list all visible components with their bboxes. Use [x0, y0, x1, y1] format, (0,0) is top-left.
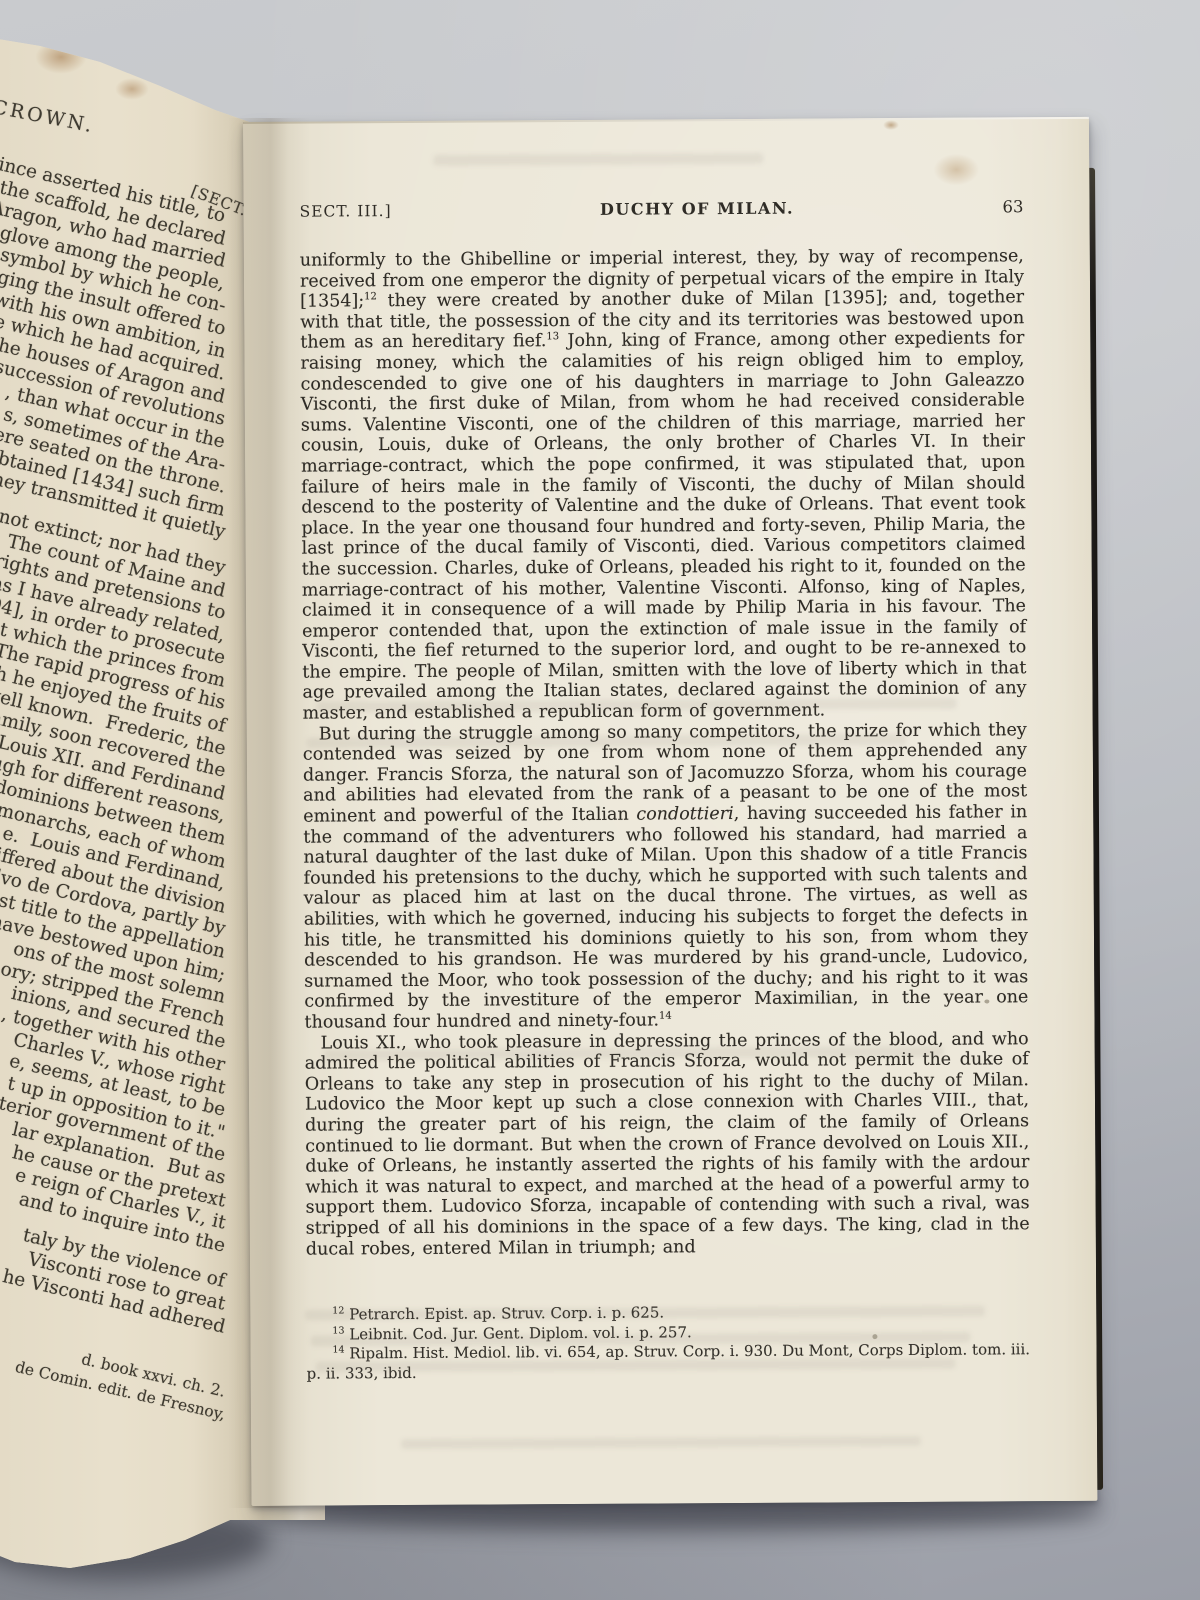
left-running-head: CROWN. [0, 96, 97, 137]
footnote-text: Ripalm. Hist. Mediol. lib. vi. 654, ap. … [307, 1340, 1030, 1382]
paragraph-3: Louis XI., who took pleasure in depressi… [305, 1029, 1030, 1260]
left-page-line: e. Louis and Ferdinand, [0, 874, 225, 897]
footnote-number: 14 [332, 1344, 344, 1355]
left-page-line: he symbol by which he con- [0, 296, 225, 319]
left-page-line: terior government of the [0, 1145, 225, 1168]
left-page-line: with his own ambition, in [0, 342, 225, 365]
page-header: SECT. III.] DUCHY OF MILAN. 63 [299, 197, 1023, 220]
left-page-line: ere seated on the throne. [0, 477, 225, 500]
left-page-line: he cause or the pretext [0, 1191, 225, 1214]
left-page-line: rince asserted his title, to [0, 206, 225, 229]
left-page-line: itle which he had acquired. [0, 364, 225, 387]
left-page-line: is glove among the people, [0, 274, 225, 297]
left-page-line: at which the princes from [0, 671, 225, 694]
left-page-line: differed about the division [0, 897, 225, 920]
book-photo: CROWN. [SECT. III rince asserted his tit… [0, 0, 1200, 1600]
left-page-line: e, seems, at least, to be [0, 1100, 225, 1123]
foxing-stain [883, 120, 899, 130]
left-page-line: s, sometimes of the Ara- [0, 455, 225, 478]
left-page-line: , than what occur in the [0, 432, 225, 455]
footnote-text: Petrarch. Epist. ap. Struv. Corp. i. p. … [349, 1304, 664, 1324]
footnote-14: 14 Ripalm. Hist. Mediol. lib. vi. 654, a… [306, 1340, 1030, 1383]
left-page-line: e reign of Charles V., it [0, 1213, 225, 1236]
left-page-line: lvo de Cordova, partly by [0, 919, 225, 942]
paragraph-text: Louis XI., who took pleasure in depressi… [305, 1029, 1030, 1259]
left-page-line: ons of the most solemn [0, 987, 225, 1010]
left-page-line: as I have already related, [0, 626, 225, 649]
left-page-line: Aragon, who had married [0, 251, 225, 274]
footnote-ref-13: 13 [546, 332, 559, 343]
bleedthrough-smudge [433, 153, 763, 166]
left-page-line: Charles V., whose right [0, 1078, 225, 1101]
left-page-line: , together with his other [0, 1055, 225, 1078]
left-page-line: he Visconti had adhered [0, 1317, 225, 1340]
right-page: SECT. III.] DUCHY OF MILAN. 63 uniformly… [243, 117, 1097, 1506]
left-page-line: vell known. Frederic, the [0, 739, 225, 762]
left-page-line: The count of Maine and [0, 581, 225, 604]
left-page-line: the houses of Aragon and [0, 387, 225, 410]
footnote-number: 13 [332, 1325, 344, 1336]
paragraph-text: John, king of France, among other expedi… [300, 329, 1026, 724]
foxing-stain [115, 78, 149, 100]
left-page-line: On the scaffold, he declared [0, 229, 225, 252]
footnote-ref-14: 14 [659, 1011, 672, 1022]
italic-term: condottieri [636, 804, 733, 825]
left-page-line: d. book xxvi. ch. 2. [0, 1383, 225, 1406]
left-page-text: rince asserted his title, toOn the scaff… [0, 206, 225, 1428]
foxing-stain [0, 200, 6, 214]
bleedthrough-smudge [401, 1436, 921, 1449]
left-page-line: ough for different reasons, [0, 806, 225, 829]
footnotes: 12 Petrarch. Epist. ap. Struv. Corp. i. … [306, 1301, 1030, 1383]
footnote-ref-12: 12 [364, 292, 377, 303]
left-page-line: ory; stripped the French [0, 1010, 225, 1033]
paragraph-1: uniformly to the Ghibelline or imperial … [300, 246, 1027, 724]
left-page-line: obtained [1434] such firm [0, 500, 225, 523]
paragraph-2: But during the struggle among so many co… [303, 720, 1029, 1033]
left-page-line: they transmitted it quietly [0, 522, 225, 545]
left-page-line: inions, and secured the [0, 1032, 225, 1055]
left-page-line: rights and pretensions to [0, 603, 225, 626]
left-page-line: monarchs, each of whom [0, 852, 225, 875]
left-page-line: ch he enjoyed the fruits of [0, 716, 225, 739]
left-page-line: 494], in order to prosecute [0, 648, 225, 671]
paragraph-text: , having succeeded his father in the com… [303, 802, 1028, 1032]
left-page-line: lar explanation. But as [0, 1168, 225, 1191]
left-page-line: and to inquire into the [0, 1236, 225, 1259]
left-page-line: t up in opposition to it." [0, 1123, 225, 1146]
left-page-line: The rapid progress of his [0, 693, 225, 716]
left-page-line: st title to the appellation [0, 942, 225, 965]
left-page-line: dominions between them [0, 829, 225, 852]
page-number: 63 [1002, 197, 1023, 216]
body-text: uniformly to the Ghibelline or imperial … [300, 246, 1030, 1259]
left-page-line: not extinct; nor had they [0, 558, 225, 581]
page-title: DUCHY OF MILAN. [600, 199, 794, 219]
left-page-line: Visconti rose to great [0, 1294, 225, 1317]
footnote-text: Leibnit. Cod. Jur. Gent. Diplom. vol. i.… [349, 1323, 692, 1343]
left-page-line: taly by the violence of [0, 1271, 225, 1294]
footnote-number: 12 [332, 1305, 344, 1316]
foxing-stain [933, 154, 979, 186]
left-page-line: de Comin. edit. de Fresnoy, [0, 1406, 225, 1429]
left-page-line: a succession of revolutions [0, 409, 225, 432]
left-page-line: amily, soon recovered the [0, 761, 225, 784]
section-label: SECT. III.] [299, 202, 391, 221]
left-page-line: Louis XII. and Ferdinand [0, 784, 225, 807]
left-page-line: nging the insult offered to [0, 319, 225, 342]
left-page-line: have bestowed upon him; [0, 965, 225, 988]
